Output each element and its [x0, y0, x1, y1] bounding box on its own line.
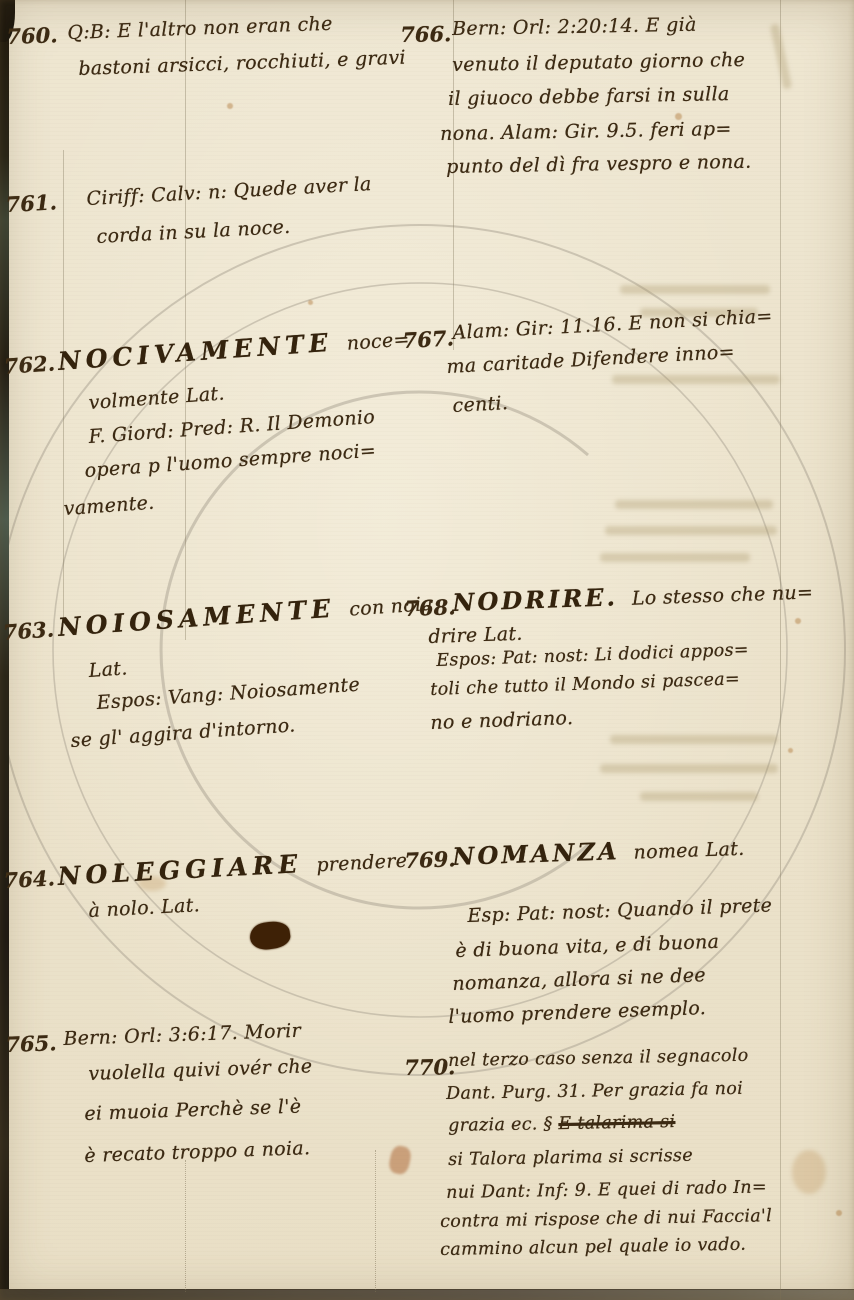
bleedthrough-mark [620, 285, 770, 294]
fold-crease [63, 150, 64, 620]
entry-line: Lo stesso che nu= [632, 581, 814, 609]
entry-line: ma caritade Difendere inno= [446, 341, 735, 378]
entry-line: Ciriff: Calv: n: Quede aver la [86, 173, 372, 210]
entry-line: cammino alcun pel quale io vado. [440, 1235, 746, 1260]
bleedthrough-mark [615, 500, 773, 509]
entry-number: 766. [400, 21, 452, 47]
entry-line: si Talora plarima si scrisse [448, 1146, 693, 1170]
entry-line: se gl' aggira d'intorno. [70, 714, 296, 752]
entry-line: grazia ec. § [448, 1114, 559, 1136]
entry-headword-line: NOCIVAMENTEnoce= [57, 322, 410, 376]
entry-line: drire Lat. [428, 623, 523, 648]
entry-line: Lat. [88, 657, 128, 682]
entry-line: nel terzo caso senza il segnacolo [448, 1046, 749, 1071]
entry-line: contra mi rispose che di nui Faccia'l [440, 1206, 772, 1232]
foxing-spot [836, 1210, 842, 1216]
bleedthrough-mark [610, 735, 778, 744]
entry-line: nomanza, allora si ne dee [452, 964, 706, 995]
fold-crease [780, 0, 781, 1300]
entry-headword: NOCIVAMENTE [57, 328, 334, 376]
entry-number: 764. [3, 865, 55, 893]
entry-line: noce= [346, 328, 410, 354]
entry-line: ei muoia Perchè se l'è [84, 1095, 302, 1125]
entry-line: Alam: Gir: 11.16. E non si chia= [452, 305, 773, 344]
entry-line: Bern: Orl: 3:6:17. Morir [63, 1020, 301, 1050]
entry-line: bastoni arsicci, rocchiuti, e gravi [78, 47, 406, 80]
struck-text: E talarima si [558, 1112, 675, 1134]
fold-crease [375, 1150, 377, 1292]
entry-line: Q:B: E l'altro non eran che [67, 13, 333, 44]
fold-crease [185, 0, 186, 640]
entry-line: Dant. Purg. 31. Per grazia fa noi [446, 1079, 743, 1104]
entry-line: Espos: Vang: Noiosamente [96, 674, 361, 714]
entry-number: 761. [5, 189, 57, 217]
entry-line: opera p l'uomo sempre noci= [84, 440, 377, 482]
entry-number: 768. [404, 594, 456, 621]
bleedthrough-mark [600, 764, 778, 773]
entry-line: à nolo. Lat. [88, 894, 201, 922]
entry-line: nui Dant: Inf: 9. E quei di rado In= [446, 1177, 767, 1203]
manuscript-page: 760. Q:B: E l'altro non eran che bastoni… [0, 0, 854, 1300]
red-smudge [387, 1144, 412, 1176]
entry-headword-line: NOIOSAMENTEcon noia [57, 587, 434, 642]
entry-number: 765. [5, 1030, 57, 1057]
bleedthrough-mark [605, 526, 777, 535]
entry-headword-line: NOLEGGIAREprendere [57, 844, 408, 891]
entry-line: punto del dì fra vespro e nona. [446, 151, 752, 178]
bleedthrough-mark [770, 23, 793, 89]
fold-crease [185, 1160, 187, 1292]
entry-headword-line: NOMANZAnomea Lat. [452, 832, 745, 871]
entry-headword: NOIOSAMENTE [57, 594, 336, 642]
entry-line: Bern: Orl: 2:20:14. E già [452, 14, 697, 40]
entry-line: vuolella quivi ovér che [88, 1055, 313, 1085]
entry-headword-line: NODRIRE.Lo stesso che nu= [452, 575, 814, 617]
entry-line: nona. Alam: Gir. 9.5. feri ap= [440, 118, 732, 145]
entry-line: no e nodriano. [430, 707, 574, 734]
page-bottom-edge [0, 1289, 854, 1300]
foxing-spot [795, 618, 801, 624]
entry-number: 762. [3, 350, 56, 379]
entry-headword: NOLEGGIARE [57, 849, 303, 891]
entry-line: prendere [316, 850, 408, 877]
entry-line: volmente Lat. [88, 383, 225, 414]
entry-line: nomea Lat. [633, 838, 745, 864]
entry-line: venuto il deputato giorno che [452, 49, 745, 76]
entry-headword: NOMANZA [452, 836, 620, 871]
entry-line: centi. [452, 392, 509, 417]
entry-number: 760. [6, 22, 58, 49]
entry-number: 769. [404, 846, 456, 873]
ink-blot [248, 919, 291, 951]
bleedthrough-mark [600, 553, 750, 562]
foxing-spot [227, 103, 233, 109]
entry-line: è recato troppo a noia. [84, 1137, 311, 1167]
entry-number: 767. [402, 325, 454, 353]
foxing-spot [788, 748, 793, 753]
entry-number: 763. [2, 616, 55, 645]
bleedthrough-mark [612, 375, 780, 384]
entry-line: l'uomo prendere esemplo. [448, 997, 706, 1028]
entry-line: è di buona vita, e di buona [455, 931, 720, 962]
entry-struck-line: grazia ec. § E talarima si [448, 1112, 676, 1136]
entry-headword: NODRIRE. [452, 582, 618, 617]
entry-line: Esp: Pat: nost: Quando il prete [467, 894, 773, 927]
stain [792, 1150, 826, 1194]
entry-line: vamente. [63, 492, 155, 520]
foxing-spot [308, 300, 313, 305]
entry-line: toli che tutto il Mondo si pascea= [430, 669, 740, 700]
bleedthrough-mark [640, 792, 758, 801]
entry-line: il giuoco debbe farsi in sulla [448, 83, 730, 110]
entry-line: corda in su la noce. [96, 216, 291, 248]
